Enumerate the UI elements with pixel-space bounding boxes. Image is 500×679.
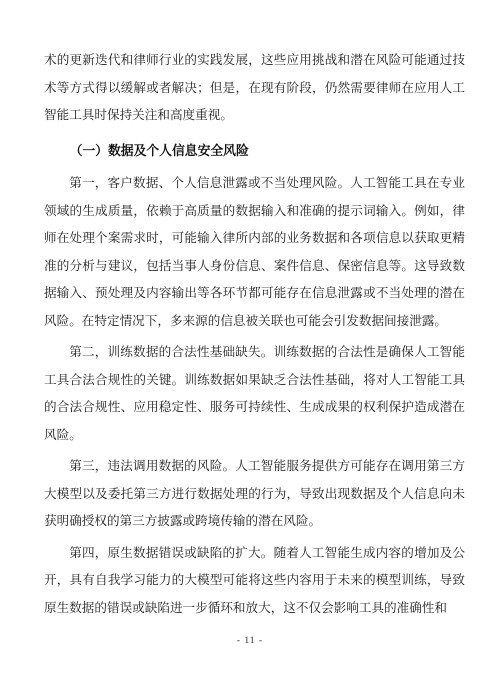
paragraph-second: 第二，训练数据的合法性基础缺失。训练数据的合法性是确保人工智能工具合法合规性的关… xyxy=(44,339,465,449)
paragraph-third: 第三，违法调用数据的风险。人工智能服务提供方可能存在调用第三方大模型以及委托第三… xyxy=(44,453,465,536)
document-content: 术的更新迭代和律师行业的实践发展，这些应用挑战和潜在风险可能通过技术等方式得以缓… xyxy=(44,47,465,626)
paragraph-continuation: 术的更新迭代和律师行业的实践发展，这些应用挑战和潜在风险可能通过技术等方式得以缓… xyxy=(44,47,465,130)
paragraph-fourth: 第四，原生数据错误或缺陷的扩大。随着人工智能生成内容的增加及公开，具有自我学习能… xyxy=(44,540,465,623)
section-heading: （一）数据及个人信息安全风险 xyxy=(44,138,465,166)
paragraph-first: 第一，客户数据、个人信息泄露或不当处理风险。人工智能工具在专业领域的生成质量，依… xyxy=(44,170,465,335)
page-number: - 11 - xyxy=(0,636,500,646)
document-page: 术的更新迭代和律师行业的实践发展，这些应用挑战和潜在风险可能通过技术等方式得以缓… xyxy=(0,0,500,679)
